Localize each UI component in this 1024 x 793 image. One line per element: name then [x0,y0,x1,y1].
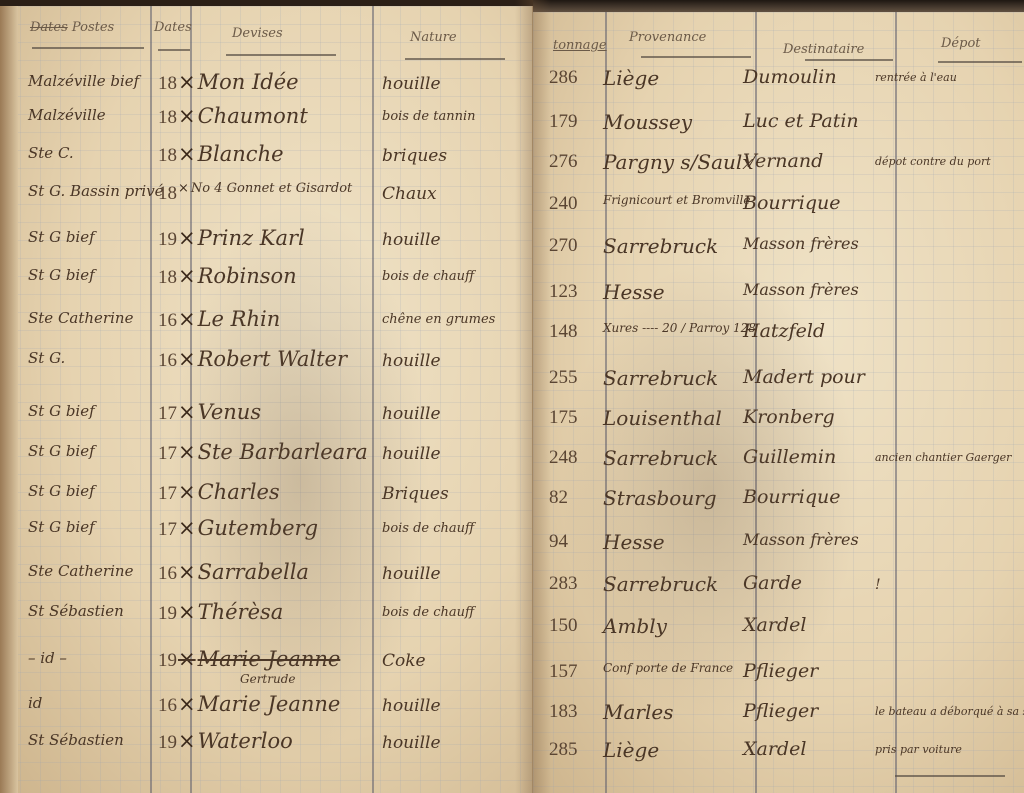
cell-nature: bois de chauff [382,606,474,619]
devise-text: Robinson [198,264,297,288]
cross-mark-icon: × [178,142,196,166]
header-rule [641,56,751,58]
cell-date: 16 [158,311,177,330]
cross-mark-icon: × [178,600,196,624]
cell-date: 16 [158,351,177,370]
closing-rule [895,775,1005,777]
cell-depot: ! [875,578,881,592]
column-divider [895,12,897,793]
devise-text: Mon Idée [198,70,299,94]
cell-poste: St G bief [28,230,95,245]
cell-destinataire: Madert pour [743,368,865,387]
cell-poste: St G bief [28,484,95,499]
cell-devise: ×Chaumont [178,106,308,127]
cross-mark-icon: × [178,729,196,753]
cell-destinataire: Pflieger [743,702,818,721]
cell-provenance: Sarrebruck [603,368,718,388]
cell-poste: Malzéville [28,108,106,123]
cell-destinataire: Masson frères [743,282,859,298]
cell-devise: ×No 4 Gonnet et Gisardot [178,182,352,195]
header-rule [405,58,505,60]
cell-date: 19 [158,604,177,623]
devise-text: Prinz Karl [198,226,305,250]
cell-tonnage: 270 [549,236,578,255]
cell-nature: houille [382,232,441,249]
cell-nature: houille [382,76,441,93]
cell-devise: ×Robert Walter [178,349,347,370]
cell-date: 18 [158,146,177,165]
cell-poste: Ste Catherine [28,564,133,579]
cell-provenance: Pargny s/Saulx [603,152,754,172]
devise-text: Marie Jeanne [198,692,341,716]
cell-date: 17 [158,484,177,503]
cell-devise: ×Charles [178,482,280,503]
cell-devise: ×Marie Jeanne [178,694,340,715]
cell-devise: ×Robinson [178,266,297,287]
cross-mark-icon: × [178,400,196,424]
cell-destinataire: Luc et Patin [743,112,859,131]
cell-depot: le bateau a déborqué à sa sauve [875,706,1024,717]
left-page: Dates Postes Dates Devises Nature Malzév… [0,6,533,793]
cell-poste: St G bief [28,444,95,459]
cell-provenance: Frignicourt et Bromville [603,194,751,206]
cell-poste: Ste Catherine [28,311,133,326]
cell-depot: rentrée à l'eau [875,72,957,83]
cell-poste: St G bief [28,404,95,419]
devise-text: Sarrabella [198,560,309,584]
cell-destinataire: Guillemin [743,448,836,467]
cell-provenance: Liège [603,740,659,760]
cell-devise-correction: Gertrude [240,673,296,685]
cell-provenance: Louisenthal [603,408,722,428]
cell-devise: ×Sarrabella [178,562,309,583]
cell-destinataire: Masson frères [743,532,859,548]
cell-nature: briques [382,148,447,165]
cell-tonnage: 150 [549,616,578,635]
cell-destinataire: Vernand [743,152,823,171]
header-devises: Devises [232,26,283,41]
devise-text: Le Rhin [198,307,281,331]
cell-date: 16 [158,564,177,583]
cell-devise: ×Thérèsa [178,602,283,623]
header-rule [226,54,336,56]
cell-provenance: Sarrebruck [603,236,718,256]
cell-tonnage: 255 [549,368,578,387]
cell-poste: Malzéville bief [28,74,139,89]
cell-date: 17 [158,520,177,539]
header-tonnage: tonnage [553,38,607,53]
header-rule [938,61,1022,63]
cell-tonnage: 179 [549,112,578,131]
cell-poste: St G bief [28,268,95,283]
cell-devise: ×Le Rhin [178,309,280,330]
cell-devise: ×Prinz Karl [178,228,305,249]
cell-provenance: Moussey [603,112,692,132]
cell-destinataire: Garde [743,574,802,593]
cell-provenance: Hesse [603,532,665,552]
cell-nature: Chaux [382,186,437,203]
header-postes: Dates Postes [30,20,114,35]
cell-provenance: Marles [603,702,673,722]
cell-devise: ×Marie Jeanne [178,649,340,670]
cell-tonnage: 240 [549,194,578,213]
cell-date: 17 [158,444,177,463]
right-page: tonnage Provenance Destinataire Dépot 28… [533,12,1024,793]
open-ledger-book: Dates Postes Dates Devises Nature Malzév… [0,0,1024,793]
cell-date: 19 [158,230,177,249]
cell-provenance: Strasbourg [603,488,717,508]
cell-poste: id [28,696,42,711]
cell-tonnage: 148 [549,322,578,341]
cell-depot: pris par voiture [875,744,962,755]
cell-nature: houille [382,735,441,752]
cross-mark-icon: × [178,264,196,288]
devise-text: Marie Jeanne [198,647,341,671]
cell-date: 16 [158,696,177,715]
cell-provenance: Conf porte de France [603,662,733,674]
cross-mark-icon: × [178,647,196,671]
cell-date: 17 [158,404,177,423]
cell-destinataire: Bourrique [743,488,841,507]
header-destinataire: Destinataire [783,42,864,57]
cross-mark-icon: × [178,440,196,464]
cell-destinataire: Dumoulin [743,68,837,87]
cross-mark-icon: × [178,104,196,128]
header-nature: Nature [410,30,457,45]
cell-provenance: Sarrebruck [603,574,718,594]
header-rule [32,47,144,49]
cell-tonnage: 123 [549,282,578,301]
cell-tonnage: 82 [549,488,568,507]
cell-nature: houille [382,698,441,715]
devise-text: Ste Barbarleara [198,440,368,464]
cross-mark-icon: × [178,70,196,94]
cell-poste: Ste C. [28,146,74,161]
cell-nature: bois de chauff [382,522,474,535]
devise-text: No 4 Gonnet et Gisardot [191,181,352,196]
cell-nature: bois de tannin [382,110,476,123]
cell-destinataire: Kronberg [743,408,835,427]
cell-provenance: Xures ---- 20 / Parroy 128 [603,322,756,334]
devise-text: Waterloo [198,729,293,753]
cell-tonnage: 285 [549,740,578,759]
devise-text: Charles [198,480,280,504]
cell-date: 18 [158,268,177,287]
devise-text: Venus [198,400,262,424]
cell-devise: ×Mon Idée [178,72,299,93]
cell-nature: houille [382,566,441,583]
cell-poste: St Sébastien [28,733,124,748]
cross-mark-icon: × [178,181,189,196]
cell-destinataire: Xardel [743,740,806,759]
devise-text: Thérèsa [198,600,284,624]
column-divider [150,6,152,793]
devise-text: Robert Walter [198,347,347,371]
cell-nature: houille [382,406,441,423]
devise-text: Chaumont [198,104,308,128]
cell-poste: St G bief [28,520,95,535]
cell-date: 19 [158,733,177,752]
cell-destinataire: Bourrique [743,194,841,213]
cross-mark-icon: × [178,560,196,584]
cell-poste: St G. Bassin privé [28,184,164,199]
cell-devise: ×Ste Barbarleara [178,442,368,463]
cell-poste: – id – [28,651,67,666]
cell-depot: ancien chantier Gaerger [875,452,1011,463]
column-divider [372,6,374,793]
cell-destinataire: Hatzfeld [743,322,825,341]
cell-tonnage: 183 [549,702,578,721]
cell-tonnage: 94 [549,532,568,551]
devise-text: Gutemberg [198,516,318,540]
cell-devise: ×Gutemberg [178,518,318,539]
cell-provenance: Ambly [603,616,667,636]
cell-destinataire: Pflieger [743,662,818,681]
cell-poste: St Sébastien [28,604,124,619]
cell-devise: ×Waterloo [178,731,293,752]
cell-date: 18 [158,74,177,93]
header-depot: Dépot [941,36,981,51]
cell-date: 19 [158,651,177,670]
cross-mark-icon: × [178,307,196,331]
devise-text: Blanche [198,142,284,166]
cell-devise: ×Venus [178,402,261,423]
cell-nature: chêne en grumes [382,313,495,326]
cell-destinataire: Masson frères [743,236,859,252]
cell-nature: Coke [382,653,426,670]
cell-date: 18 [158,184,177,203]
header-dates: Dates [154,20,192,35]
cell-poste: St G. [28,351,65,366]
cell-nature: houille [382,446,441,463]
cross-mark-icon: × [178,347,196,371]
cell-depot: dépot contre du port [875,156,991,167]
cross-mark-icon: × [178,226,196,250]
cross-mark-icon: × [178,692,196,716]
cell-devise: ×Blanche [178,144,284,165]
cell-nature: houille [382,353,441,370]
cell-tonnage: 283 [549,574,578,593]
cell-tonnage: 175 [549,408,578,427]
cell-provenance: Liège [603,68,659,88]
cell-tonnage: 248 [549,448,578,467]
cell-nature: Briques [382,486,449,503]
cross-mark-icon: × [178,516,196,540]
header-provenance: Provenance [629,30,706,45]
cell-date: 18 [158,108,177,127]
cell-destinataire: Xardel [743,616,806,635]
cross-mark-icon: × [178,480,196,504]
cell-tonnage: 157 [549,662,578,681]
cell-nature: bois de chauff [382,270,474,283]
header-rule [805,59,893,61]
cell-provenance: Sarrebruck [603,448,718,468]
header-rule [158,49,190,51]
cell-tonnage: 286 [549,68,578,87]
cell-tonnage: 276 [549,152,578,171]
cell-provenance: Hesse [603,282,665,302]
page-edge [0,6,18,793]
